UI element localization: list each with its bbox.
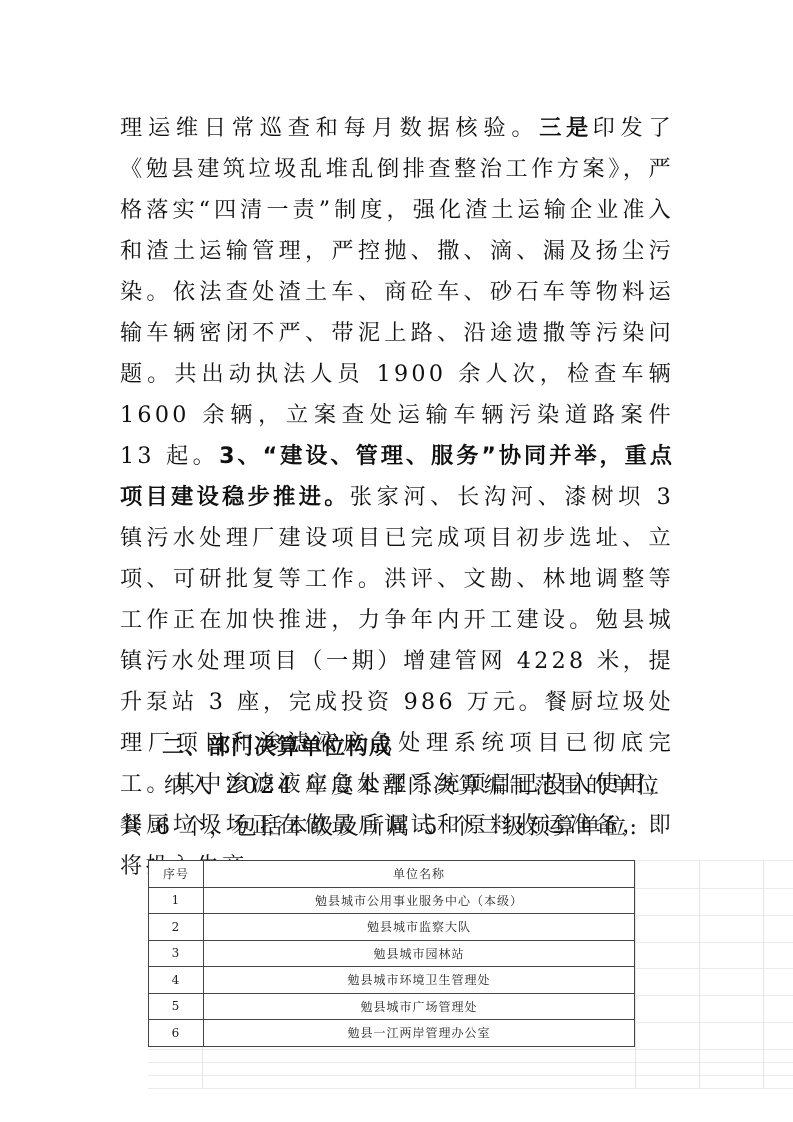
- document-page: 理运维日常巡查和每月数据核验。三是印发了《勉县建筑垃圾乱堆乱倒排查整治工作方案》…: [0, 0, 793, 1122]
- paragraph-text: 纳入 2024 年度本部门决算编制范围的单位共 6 个，包括本级及所属 5 个二…: [120, 766, 674, 848]
- row-unit-name: 勉县城市环境卫生管理处: [204, 967, 635, 994]
- table-header-row: 序号 单位名称: [149, 861, 635, 888]
- row-unit-name: 勉县一江两岸管理办公室: [204, 1020, 635, 1047]
- row-unit-name: 勉县城市监察大队: [204, 914, 635, 941]
- row-index: 6: [149, 1020, 204, 1047]
- text-segment: 印发了《勉县建筑垃圾乱堆乱倒排查整治工作方案》，严格落实“四清一责”制度，强化渣…: [120, 115, 674, 469]
- header-index: 序号: [149, 861, 204, 888]
- table-row: 6 勉县一江两岸管理办公室: [149, 1020, 635, 1047]
- row-index: 5: [149, 993, 204, 1020]
- row-unit-name: 勉县城市广场管理处: [204, 993, 635, 1020]
- row-unit-name: 勉县城市园林站: [204, 940, 635, 967]
- table-row: 2 勉县城市监察大队: [149, 914, 635, 941]
- row-index: 4: [149, 967, 204, 994]
- header-unit-name: 单位名称: [204, 861, 635, 888]
- section-heading: 二、部门决算单位构成: [162, 733, 392, 763]
- table-row: 4 勉县城市环境卫生管理处: [149, 967, 635, 994]
- text-segment: 理运维日常巡查和每月数据核验。: [120, 115, 539, 141]
- row-index: 3: [149, 940, 204, 967]
- table-row: 5 勉县城市广场管理处: [149, 993, 635, 1020]
- table-row: 1 勉县城市公用事业服务中心（本级）: [149, 887, 635, 914]
- row-unit-name: 勉县城市公用事业服务中心（本级）: [204, 887, 635, 914]
- budget-units-table: 序号 单位名称 1 勉县城市公用事业服务中心（本级） 2 勉县城市监察大队 3 …: [148, 860, 635, 1047]
- emphasis-sanshi: 三是: [539, 115, 592, 141]
- table-row: 3 勉县城市园林站: [149, 940, 635, 967]
- body-paragraph-2: 纳入 2024 年度本部门决算编制范围的单位共 6 个，包括本级及所属 5 个二…: [120, 766, 674, 848]
- row-index: 1: [149, 887, 204, 914]
- row-index: 2: [149, 914, 204, 941]
